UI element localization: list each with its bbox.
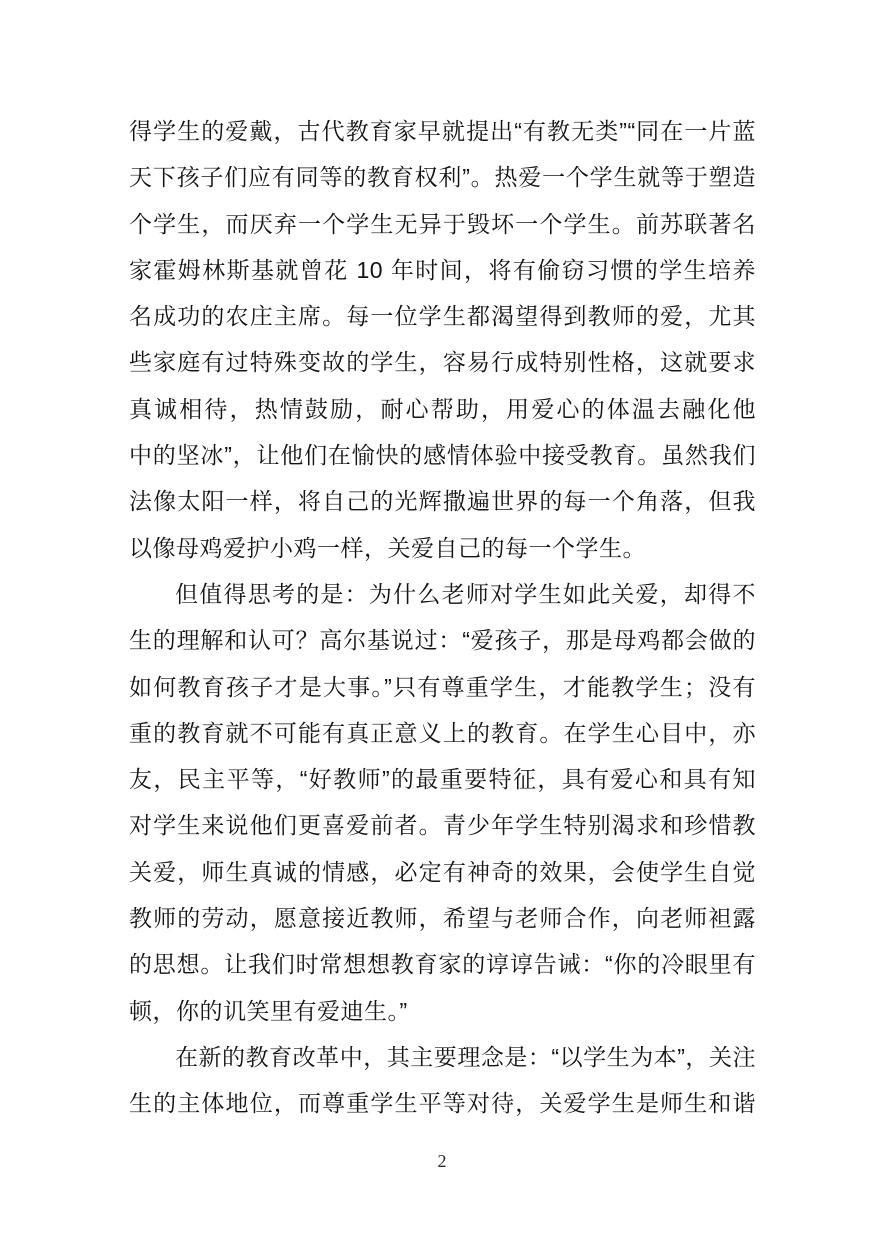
text-line: 如何教育孩子才是大事。”只有尊重学生，才能教学生；没有尊 [129,664,756,710]
text-line: 对学生来说他们更喜爱前者。青少年学生特别渴求和珍惜教师的 [129,802,756,848]
text-line: 个学生，而厌弃一个学生无异于毁坏一个学生。前苏联著名教育 [129,201,756,247]
text-line: 生的理解和认可？高尔基说过：“爱孩子，那是母鸡都会做的事 [129,617,756,663]
text-line: 天下孩子们应有同等的教育权利”。热爱一个学生就等于塑造一 [129,154,756,200]
text-line: 家霍姆林斯基就曾花 10 年时间，将有偷窃习惯的学生培养成一 [129,247,756,293]
text-line-paragraph-end: 顿，你的讥笑里有爱迪生。” [129,988,756,1034]
text-line: 名成功的农庄主席。每一位学生都渴望得到教师的爱，尤其是那 [129,293,756,339]
text-line: 些家庭有过特殊变故的学生，容易行成特别性格，这就要求教师 [129,339,756,385]
text-line-paragraph-start: 在新的教育改革中，其主要理念是：“以学生为本”，关注学 [129,1034,756,1080]
text-line: 法像太阳一样，将自己的光辉撒遍世界的每一个角落，但我们可 [129,478,756,524]
text-line: 真诚相待，热情鼓励，耐心帮助，用爱心的体温去融化他们“心 [129,386,756,432]
text-line-paragraph-end: 以像母鸡爱护小鸡一样，关爱自己的每一个学生。 [129,525,756,571]
document-page: 得学生的爱戴，古代教育家早就提出“有教无类”“同在一片蓝 天下孩子们应有同等的教… [0,0,884,1250]
text-line: 重的教育就不可能有真正意义上的教育。在学生心目中，亦师亦 [129,710,756,756]
text-line: 得学生的爱戴，古代教育家早就提出“有教无类”“同在一片蓝 [129,108,756,154]
text-line: 教师的劳动，愿意接近教师，希望与老师合作，向老师袒露自己 [129,895,756,941]
text-line: 关爱，师生真诚的情感，必定有神奇的效果，会使学生自觉尊重 [129,849,756,895]
text-line-paragraph-start: 但值得思考的是：为什么老师对学生如此关爱，却得不到学 [129,571,756,617]
document-body-text: 得学生的爱戴，古代教育家早就提出“有教无类”“同在一片蓝 天下孩子们应有同等的教… [129,108,756,1127]
text-line: 中的坚冰”，让他们在愉快的感情体验中接受教育。虽然我们无 [129,432,756,478]
text-line: 的思想。让我们时常想想教育家的谆谆告诫：“你的冷眼里有牛 [129,941,756,987]
page-number: 2 [438,1151,447,1171]
page-footer: 2 [0,1148,884,1174]
text-line: 生的主体地位，而尊重学生平等对待，关爱学生是师生和谐相处 [129,1080,756,1126]
text-line: 友，民主平等，“好教师”的最重要特征，具有爱心和具有知识， [129,756,756,802]
